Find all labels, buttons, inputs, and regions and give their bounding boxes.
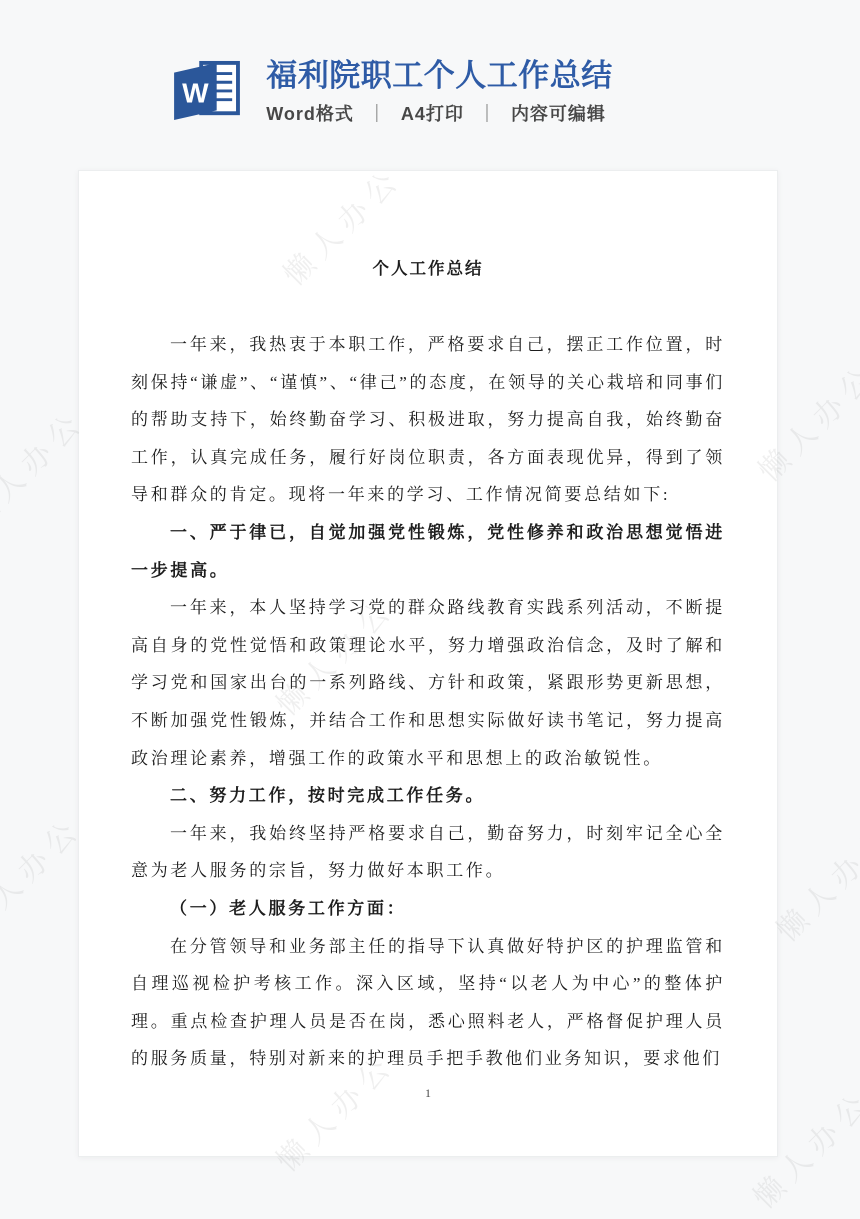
word-icon-graphic: W [173,60,241,120]
format-editable-label: 内容可编辑 [511,104,606,124]
header-inner: W 福利院职工个人工作总结 Word格式｜A4打印｜内容可编辑 [173,0,613,170]
word-file-icon: W [173,60,241,120]
word-icon-letter: W [182,78,209,109]
page-title: 福利院职工个人工作总结 [266,57,613,95]
watermark-text: 懒人办公 [764,798,860,949]
header-text: 福利院职工个人工作总结 Word格式｜A4打印｜内容可编辑 [266,57,613,125]
document-format-info: Word格式｜A4打印｜内容可编辑 [266,103,613,125]
doc-paragraph: 一年来，我始终坚持严格要求自己，勤奋努力，时刻牢记全心全意为老人服务的宗旨，努力… [131,815,725,890]
doc-paragraph: 一年来，本人坚持学习党的群众路线教育实践系列活动，不断提高自身的党性觉悟和政策理… [131,589,725,777]
doc-section-heading-2: 二、努力工作，按时完成工作任务。 [131,777,725,815]
doc-body: 一年来，我热衷于本职工作，严格要求自己，摆正工作位置，时刻保持“谦虚”、“谨慎”… [131,326,725,1078]
doc-section-heading-1: 一、严于律已，自觉加强党性锻炼，党性修养和政治思想觉悟进一步提高。 [131,514,725,589]
site-header: W 福利院职工个人工作总结 Word格式｜A4打印｜内容可编辑 [0,0,860,170]
format-word-label: Word格式 [266,104,354,124]
separator-bar: ｜ [368,104,387,124]
format-a4-label: A4打印 [401,104,464,124]
page-number: 1 [79,1086,777,1101]
doc-paragraph: 一年来，我热衷于本职工作，严格要求自己，摆正工作位置，时刻保持“谦虚”、“谨慎”… [131,326,725,514]
doc-subsection-heading: （一）老人服务工作方面： [131,890,725,928]
doc-paragraph: 在分管领导和业务部主任的指导下认真做好特护区的护理监管和自理巡视检护考核工作。深… [131,928,725,1078]
document-page: 个人工作总结 一年来，我热衷于本职工作，严格要求自己，摆正工作位置，时刻保持“谦… [78,170,778,1157]
doc-title: 个人工作总结 [131,256,725,282]
separator-bar: ｜ [478,104,497,124]
